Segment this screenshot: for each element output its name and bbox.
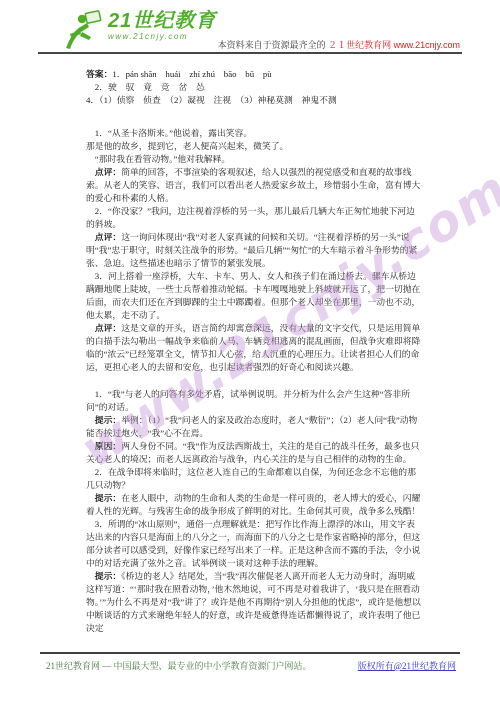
answer-line: 4．（1）侦察 侦查 （2）凝视 注视 （3）神秘莫测 神鬼不测	[86, 94, 422, 107]
brand-url: www.21cnjy.com	[108, 32, 216, 41]
document-body: 答案：1．pán shān huái zhí zhú bāo bū pù 2．驶…	[86, 68, 422, 635]
comment-paragraph: 点评：这是文章的开头，语言简约却寓意深远，没有大量的文字交代，只是运用简单的白描…	[86, 322, 422, 374]
copyright-link[interactable]: 版权所有@21世纪教育网	[358, 659, 456, 672]
site-logo[interactable]: 21世纪教育 www.21cnjy.com	[60, 10, 216, 57]
hint-paragraph: 提示：《桥边的老人》结尾处，当“我”再次催促老人离开而老人无力动身时，海明威这样…	[86, 570, 422, 635]
para-text: 这是文章的开头，语言简约却寓意深远，没有大量的文字交代，只是运用简单的白描手法勾…	[86, 323, 420, 372]
paragraph: 2．“你没家？”我问，边注视着浮桥的另一头，那儿最后几辆大车正匆忙地驶下河边的斜…	[86, 205, 422, 231]
question-paragraph: 2．在战争即将来临时，这位老人连自己的生命都难以自保，为何还念念不忘他的那几只动…	[86, 466, 422, 492]
page-footer: 21世纪教育网 — 中国最大型、最专业的中小学教育资源门户网站。 版权所有@21…	[0, 652, 500, 672]
answer-line: 2．驶 驭 竟 竞 岔 怂	[95, 81, 422, 94]
paragraph: 那是他的故乡，提到它，老人便高兴起来，微笑了。	[86, 140, 422, 153]
para-label: 提示：	[95, 415, 121, 425]
para-text: 1．“从圣卡洛斯来。”他说着，露出笑容。	[95, 128, 252, 138]
paragraph: 1．“从圣卡洛斯来。”他说着，露出笑容。	[86, 127, 422, 140]
runner-icon	[60, 10, 106, 57]
answers-label: 答案：	[86, 69, 112, 79]
answer-text: 1．pán shān huái zhí zhú bāo bū pù	[112, 69, 271, 79]
para-text: 举例：（1）“我”问老人的家及政治态度时，老人“敷衍”；（2）老人问“我”动物能…	[86, 415, 417, 438]
hint-paragraph: 提示：举例：（1）“我”问老人的家及政治态度时，老人“敷衍”；（2）老人问“我”…	[86, 414, 422, 440]
question-paragraph: 1．“我”与老人的问答有多处矛盾，试举例说明。并分析为什么会产生这种“答非所问”…	[86, 388, 422, 414]
question-paragraph: 3．所谓的“冰山原则”，通俗一点理解就是：把写作比作海上漂浮的冰山，用文字表达出…	[86, 518, 422, 570]
para-label: 提示：	[95, 493, 121, 503]
para-text: “那时我在看管动物。”他对我解释。	[95, 154, 230, 164]
document-page: 21世纪教育 www.21cnjy.com 本资料来自于资源最齐全的 ２１世纪教…	[0, 0, 500, 707]
header-notice: 本资料来自于资源最齐全的 ２１世纪教育网 www.21cnjy.com	[218, 38, 460, 51]
para-text: 在老人眼中，动物的生命和人类的生命是一样可贵的，老人博大的爱心，闪耀着人性的光辉…	[86, 493, 420, 516]
notice-prefix: 本资料来自于资源最齐全的	[218, 40, 326, 50]
para-text: 2．在战争即将来临时，这位老人连自己的生命都难以自保，为何还念念不忘他的那几只动…	[86, 467, 416, 490]
para-text: 简单的回答，不事渲染的客观叙述，给人以强烈的视觉感受和直观的故事线索。从老人的笑…	[86, 167, 420, 203]
brand-name: 21世纪教育	[108, 10, 216, 32]
para-text: 《桥边的老人》结尾处，当“我”再次催促老人离开而老人无力动身时，海明威这样写道：…	[86, 571, 421, 633]
para-label: 提示：	[95, 571, 121, 581]
paragraph: 3．河上搭着一座浮桥，大车、卡车、男人、女人和孩子们在涌过桥去。骡车从桥边蹒跚地…	[86, 270, 422, 322]
comment-paragraph: 点评：这一询问体现出“我”对老人家真诚的问候和关切。“注视着浮桥的另一头”说明“…	[86, 231, 422, 270]
answers-block: 答案：1．pán shān huái zhí zhú bāo bū pù 2．驶…	[86, 68, 422, 107]
para-text: 两人身份不同。“我”作为反法西斯战士，关注的是自己的战斗任务，最多也只关心老人的…	[86, 441, 419, 464]
reason-paragraph: 原因：两人身份不同。“我”作为反法西斯战士，关注的是自己的战斗任务，最多也只关心…	[86, 440, 422, 466]
para-text: 2．“你没家？”我问，边注视着浮桥的另一头，那儿最后几辆大车正匆忙地驶下河边的斜…	[86, 206, 415, 229]
para-text: 1．“我”与老人的问答有多处矛盾，试举例说明。并分析为什么会产生这种“答非所问”…	[86, 389, 410, 412]
para-label: 点评：	[95, 232, 121, 242]
para-label: 原因：	[95, 441, 121, 451]
header-divider	[38, 52, 462, 54]
footer-slogan: 21世纪教育网 — 中国最大型、最专业的中小学教育资源门户网站。	[46, 659, 312, 672]
comment-paragraph: 点评：简单的回答，不事渲染的客观叙述，给人以强烈的视觉感受和直观的故事线索。从老…	[86, 166, 422, 205]
para-text: 3．河上搭着一座浮桥，大车、卡车、男人、女人和孩子们在涌过桥去。骡车从桥边蹒跚地…	[86, 271, 420, 320]
para-label: 点评：	[95, 167, 121, 177]
hint-paragraph: 提示：在老人眼中，动物的生命和人类的生命是一样可贵的，老人博大的爱心，闪耀着人性…	[86, 492, 422, 518]
para-text: 那是他的故乡，提到它，老人便高兴起来，微笑了。	[86, 141, 288, 151]
answer-line: 答案：1．pán shān huái zhí zhú bāo bū pù	[86, 68, 422, 81]
exercise-section: 1．“我”与老人的问答有多处矛盾，试举例说明。并分析为什么会产生这种“答非所问”…	[86, 388, 422, 635]
notice-site-link[interactable]: ２１世纪教育网 www.21cnjy.com	[328, 40, 460, 50]
para-text: 这一询问体现出“我”对老人家真诚的问候和关切。“注视着浮桥的另一头”说明“我”忠…	[86, 232, 417, 268]
para-text: 3．所谓的“冰山原则”，通俗一点理解就是：把写作比作海上漂浮的冰山，用文字表达出…	[86, 519, 420, 568]
analysis-section: 1．“从圣卡洛斯来。”他说着，露出笑容。 那是他的故乡，提到它，老人便高兴起来，…	[86, 127, 422, 374]
paragraph: “那时我在看管动物。”他对我解释。	[86, 153, 422, 166]
para-label: 点评：	[95, 323, 121, 333]
